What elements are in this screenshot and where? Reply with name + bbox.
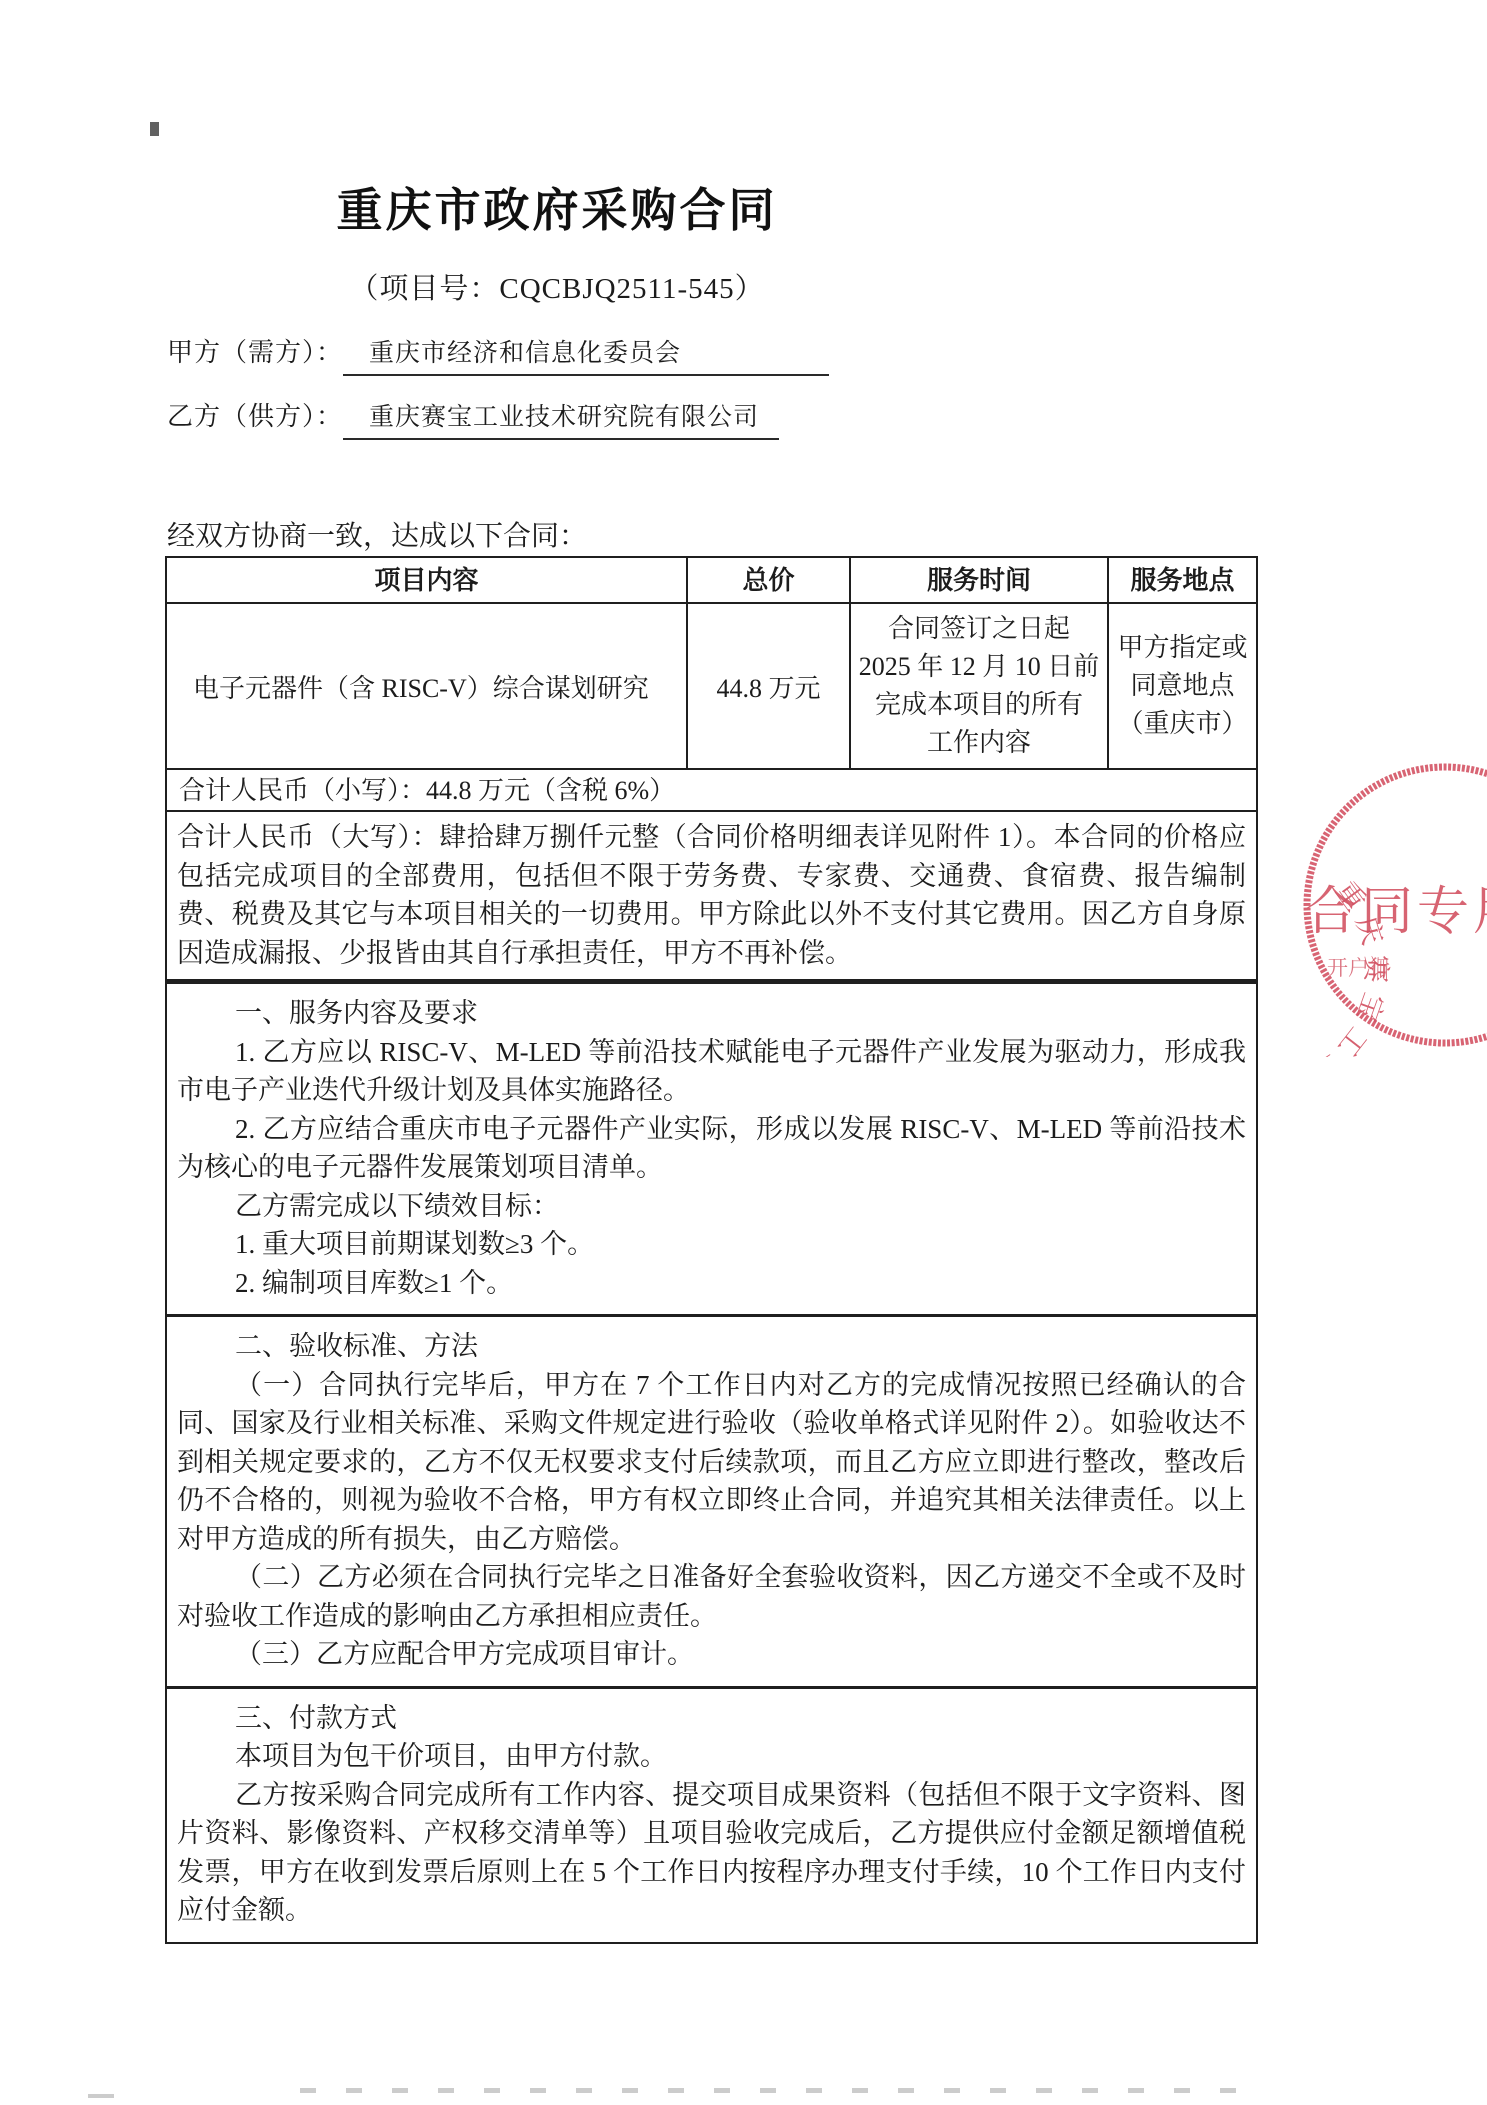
- cell-total-price: 44.8 万元: [688, 604, 851, 770]
- party-a-line: 甲方（需方）：重庆市经济和信息化委员会: [167, 332, 829, 376]
- scan-artifact: [150, 122, 159, 136]
- party-a-name: 重庆市经济和信息化委员会: [343, 333, 829, 376]
- service-time-line: 2025 年 12 月 10 日前: [859, 648, 1100, 686]
- table-header-row: 项目内容 总价 服务时间 服务地点: [167, 558, 1256, 604]
- service-time-line: 合同签订之日起: [888, 610, 1070, 648]
- section-heading: 二、验收标准、方法: [177, 1327, 1246, 1366]
- service-location-line: （重庆市）: [1117, 705, 1247, 743]
- total-price-text: 44.8 万元: [716, 668, 820, 705]
- contract-table: 项目内容 总价 服务时间 服务地点 电子元器件（含 RISC-V）综合谋划研究 …: [165, 556, 1258, 1944]
- project-content-text: 电子元器件（含 RISC-V）综合谋划研究: [193, 668, 686, 705]
- header-project-content: 项目内容: [167, 558, 688, 604]
- header-service-time: 服务时间: [851, 558, 1109, 604]
- project-number: （项目号：CQCBJQ2511-545）: [0, 266, 1114, 307]
- section-paragraph: 乙方需完成以下绩效目标：: [177, 1187, 1246, 1226]
- section-paragraph: 1. 乙方应以 RISC-V、M-LED 等前沿技术赋能电子元器件产业发展为驱动…: [177, 1033, 1246, 1110]
- section-heading: 三、付款方式: [177, 1699, 1246, 1738]
- seal-ring-text: 重庆赛宝工业技术研究院有限公司: [1295, 865, 1392, 1057]
- service-location-line: 同意地点: [1130, 667, 1234, 705]
- contract-document-page: { "document": { "title": "重庆市政府采购合同", "p…: [0, 0, 1487, 2105]
- party-b-line: 乙方（供方）：重庆赛宝工业技术研究院有限公司: [167, 396, 779, 440]
- total-uppercase-row: 合计人民币（大写）：肆拾肆万捌仟元整（合同价格明细表详见附件 1）。本合同的价格…: [167, 812, 1256, 981]
- section-paragraph: （一）合同执行完毕后，甲方在 7 个工作日内对乙方的完成情况按照已经确认的合同、…: [177, 1366, 1246, 1559]
- section-paragraph: （二）乙方必须在合同执行完毕之日准备好全套验收资料，因乙方递交不全或不及时对验收…: [177, 1558, 1246, 1635]
- seal-ring: [1307, 767, 1487, 1043]
- intro-sentence: 经双方协商一致，达成以下合同：: [167, 514, 587, 554]
- document-title: 重庆市政府采购合同: [0, 174, 1114, 240]
- section-acceptance: 二、验收标准、方法 （一）合同执行完毕后，甲方在 7 个工作日内对乙方的完成情况…: [167, 1314, 1256, 1686]
- header-total-price: 总价: [688, 558, 851, 604]
- section-paragraph: 2. 乙方应结合重庆市电子元器件产业实际，形成以发展 RISC-V、M-LED …: [177, 1110, 1246, 1187]
- section-paragraph: （三）乙方应配合甲方完成项目审计。: [177, 1635, 1246, 1674]
- header-service-location: 服务地点: [1109, 558, 1256, 604]
- table-row: 电子元器件（含 RISC-V）综合谋划研究 44.8 万元 合同签订之日起 20…: [167, 604, 1256, 770]
- section-paragraph: 本项目为包干价项目，由甲方付款。: [177, 1737, 1246, 1776]
- section-service-content: 一、服务内容及要求 1. 乙方应以 RISC-V、M-LED 等前沿技术赋能电子…: [167, 981, 1256, 1314]
- service-location-line: 甲方指定或: [1117, 629, 1247, 667]
- cell-service-location: 甲方指定或 同意地点 （重庆市）: [1109, 604, 1256, 770]
- section-payment: 三、付款方式 本项目为包干价项目，由甲方付款。 乙方按采购合同完成所有工作内容、…: [167, 1686, 1256, 1942]
- cell-project-content: 电子元器件（含 RISC-V）综合谋划研究: [167, 604, 688, 770]
- seal-small-text: 开户行: [1327, 956, 1390, 980]
- scan-artifact: [88, 2094, 114, 2098]
- total-lowercase-row: 合计人民币（小写）：44.8 万元（含税 6%）: [167, 770, 1256, 812]
- section-paragraph: 1. 重大项目前期谋划数≥3 个。: [177, 1225, 1246, 1264]
- party-b-label: 乙方（供方）：: [167, 402, 343, 431]
- scan-artifact: [300, 2088, 1250, 2093]
- seal-graphic: 重庆赛宝工业技术研究院有限公司 合同专用章 开户行: [1295, 753, 1487, 1057]
- company-seal: 重庆赛宝工业技术研究院有限公司 合同专用章 开户行: [1295, 753, 1487, 1057]
- cell-service-time: 合同签订之日起 2025 年 12 月 10 日前 完成本项目的所有 工作内容: [851, 604, 1109, 770]
- party-b-name: 重庆赛宝工业技术研究院有限公司: [343, 397, 779, 440]
- party-a-label: 甲方（需方）：: [167, 338, 343, 367]
- service-time-line: 完成本项目的所有: [875, 686, 1083, 724]
- seal-center-text: 合同专用章: [1305, 883, 1487, 941]
- section-heading: 一、服务内容及要求: [177, 994, 1246, 1033]
- section-paragraph: 乙方按采购合同完成所有工作内容、提交项目成果资料（包括但不限于文字资料、图片资料…: [177, 1776, 1246, 1930]
- section-paragraph: 2. 编制项目库数≥1 个。: [177, 1264, 1246, 1303]
- seal-ring-textpath: 重庆赛宝工业技术研究院有限公司: [1295, 865, 1392, 1057]
- total-uppercase-text: 合计人民币（大写）：肆拾肆万捌仟元整（合同价格明细表详见附件 1）。本合同的价格…: [177, 818, 1246, 972]
- service-time-line: 工作内容: [927, 724, 1031, 762]
